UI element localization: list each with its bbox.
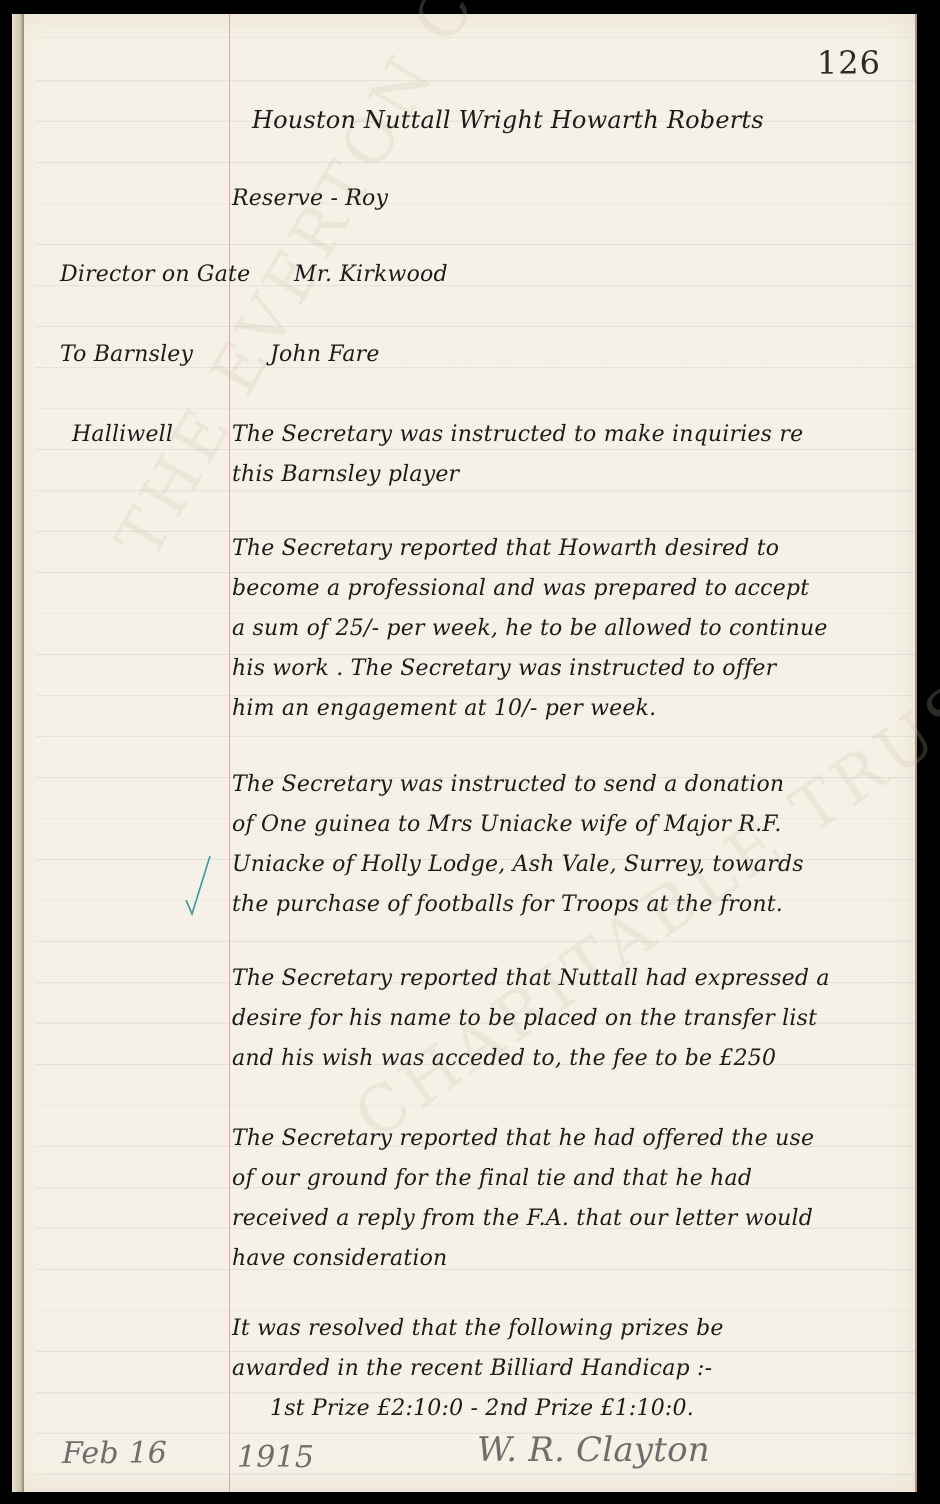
howarth-line: his work . The Secretary was instructed … — [232, 656, 776, 681]
donation-line: of One guinea to Mrs Uniacke wife of Maj… — [232, 812, 782, 837]
halliwell-line: this Barnsley player — [232, 462, 459, 487]
team-lineup: Houston Nuttall Wright Howarth Roberts — [252, 106, 764, 134]
director-name: Mr. Kirkwood — [294, 262, 448, 287]
date-signed: Feb 16 — [62, 1436, 167, 1471]
nuttall-line: and his wish was acceded to, the fee to … — [232, 1046, 776, 1071]
prizes-line: It was resolved that the following prize… — [232, 1316, 724, 1341]
donation-line: the purchase of footballs for Troops at … — [232, 892, 783, 917]
prizes-line: awarded in the recent Billiard Handicap … — [232, 1356, 712, 1381]
donation-line: Uniacke of Holly Lodge, Ash Vale, Surrey… — [232, 852, 804, 877]
ruled-lines — [36, 14, 917, 1492]
halliwell-line: The Secretary was instructed to make inq… — [232, 422, 803, 447]
ground-line: The Secretary reported that he had offer… — [232, 1126, 814, 1151]
reserve-line: Reserve - Roy — [232, 186, 388, 211]
chairman-signature: W. R. Clayton — [477, 1430, 710, 1470]
howarth-line: him an engagement at 10/- per week. — [232, 696, 656, 721]
tick-mark-icon — [182, 854, 212, 934]
howarth-line: a sum of 25/- per week, he to be allowed… — [232, 616, 828, 641]
halliwell-label: Halliwell — [72, 422, 173, 447]
barnsley-name: John Fare — [270, 342, 380, 367]
howarth-line: The Secretary reported that Howarth desi… — [232, 536, 779, 561]
director-label: Director on Gate — [60, 262, 250, 287]
howarth-line: become a professional and was prepared t… — [232, 576, 809, 601]
ground-line: of our ground for the final tie and that… — [232, 1166, 752, 1191]
book-spine — [12, 14, 24, 1492]
prize-amounts: 1st Prize £2:10:0 - 2nd Prize £1:10:0. — [270, 1396, 694, 1421]
barnsley-label: To Barnsley — [60, 342, 193, 367]
minute-book-page: THE EVERTON COLLECTION CHARITABLE TRUST … — [12, 14, 917, 1492]
nuttall-line: desire for his name to be placed on the … — [232, 1006, 817, 1031]
page-number: 126 — [817, 44, 881, 82]
margin-rule — [229, 14, 230, 1492]
donation-line: The Secretary was instructed to send a d… — [232, 772, 784, 797]
ground-line: received a reply from the F.A. that our … — [232, 1206, 813, 1231]
ground-line: have consideration — [232, 1246, 447, 1271]
year-signed: 1915 — [237, 1440, 314, 1475]
nuttall-line: The Secretary reported that Nuttall had … — [232, 966, 830, 991]
